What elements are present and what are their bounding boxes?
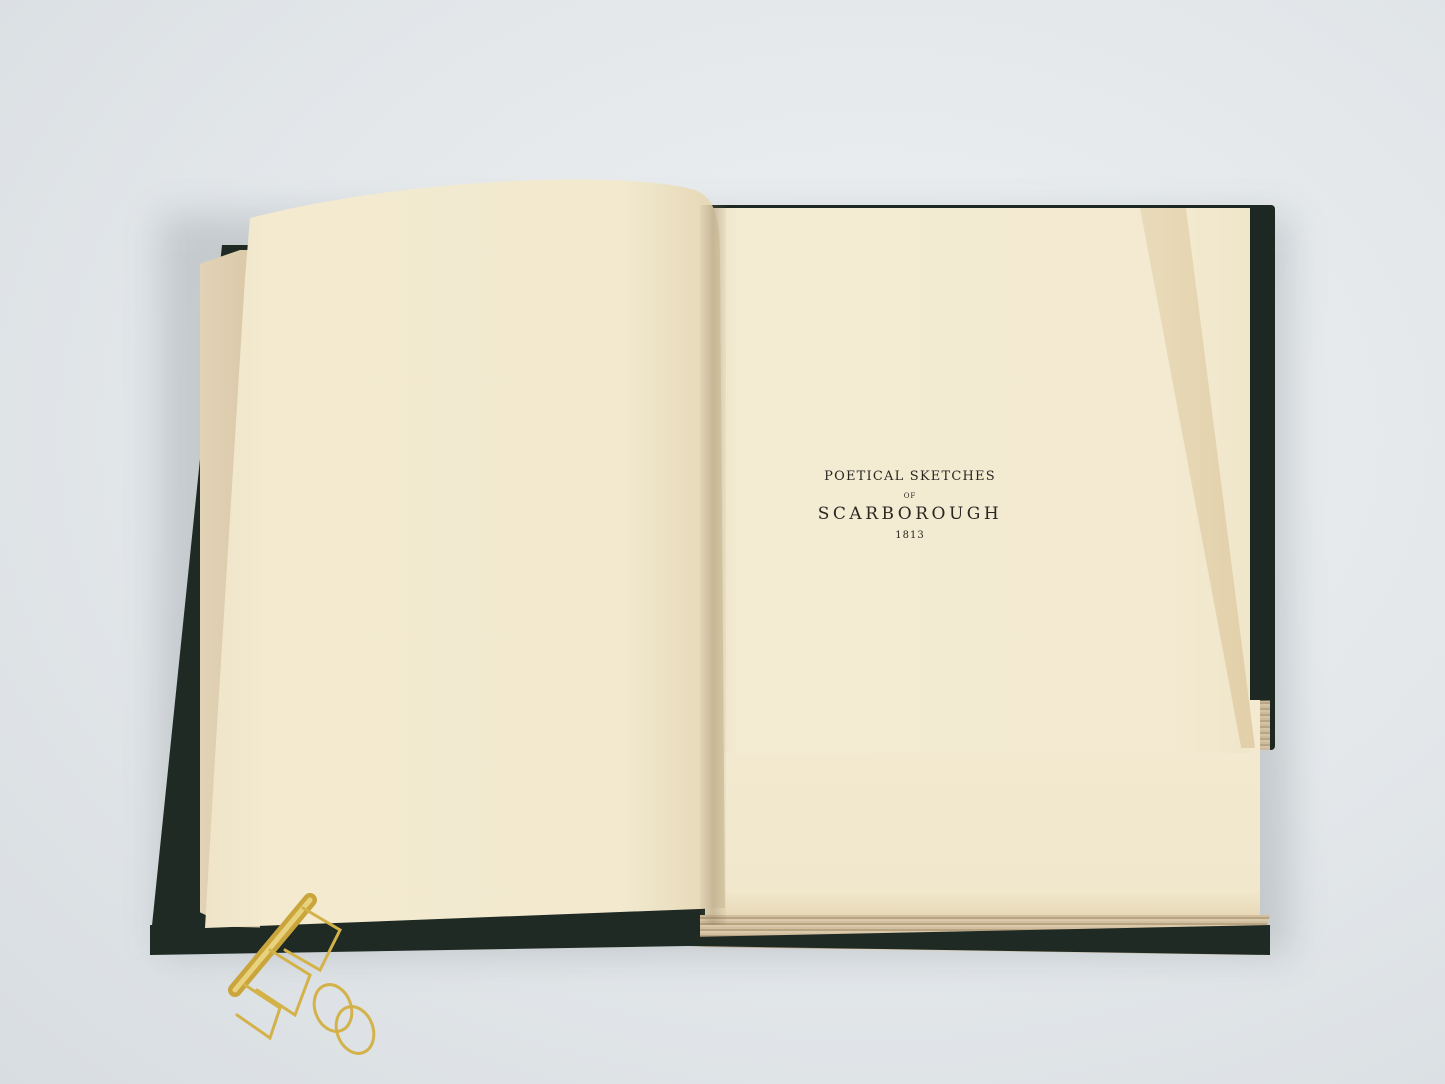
title-line-1: POETICAL SKETCHES (790, 468, 1030, 486)
title-page-text: POETICAL SKETCHES OF SCARBOROUGH 1813 (790, 468, 1030, 546)
book-gutter (700, 205, 726, 925)
title-line-3: SCARBOROUGH (790, 504, 1030, 524)
title-line-2: OF (790, 488, 1030, 504)
title-year: 1813 (790, 526, 1030, 546)
binder-clip-icon (215, 890, 395, 1060)
left-page (205, 178, 725, 928)
